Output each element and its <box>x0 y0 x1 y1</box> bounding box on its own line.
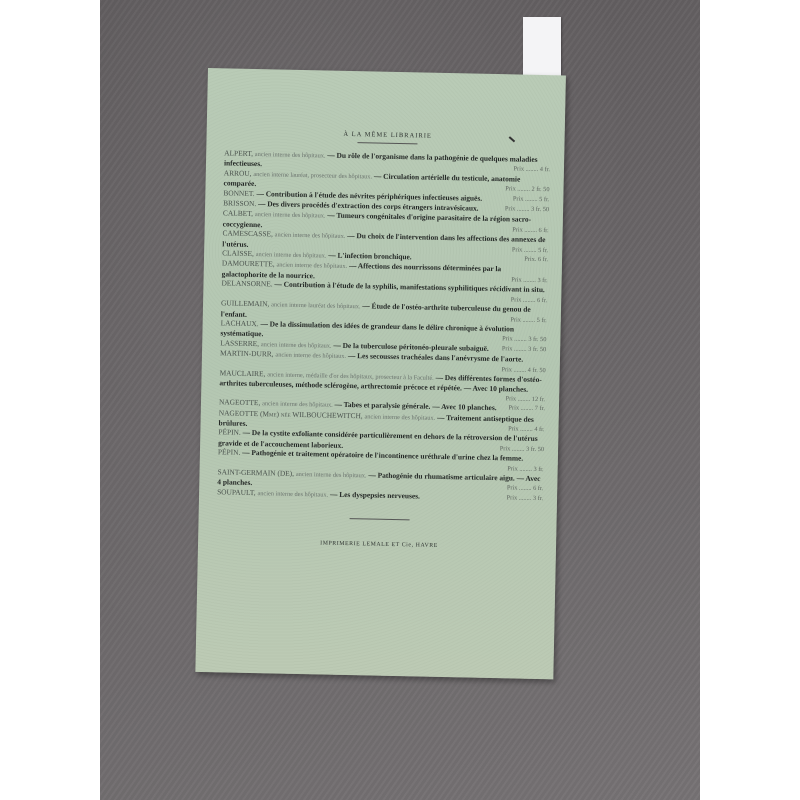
entry-author: BONNET. <box>223 188 254 198</box>
entry-author: PÉPIN. <box>218 428 241 437</box>
entry-author: LACHAUX. <box>221 318 259 328</box>
entry-author: DAMOURETTE, <box>222 259 275 269</box>
entry-author: GUILLEMAIN, <box>221 298 269 308</box>
entry-title: — Les dyspepsies nerveuses. <box>330 489 420 500</box>
footer-rule <box>350 518 410 520</box>
entry-price: Prix ........ 3 fr. <box>507 493 544 503</box>
entry-desc: ancien interne des hôpitaux. <box>256 251 327 259</box>
entry-price: Prix ........ 7 fr. <box>508 404 545 414</box>
entries-container: ALPERT, ancien interne des hôpitaux. — D… <box>217 148 550 504</box>
entry-author: CLAISSE, <box>222 248 254 258</box>
entry-desc: ancien interne des hôpitaux. <box>275 352 346 360</box>
entry-price: Prix. 6 fr. <box>524 255 548 265</box>
entry-author: ALPERT, <box>224 148 253 158</box>
entry-desc: ancien interne des hôpitaux. <box>257 490 328 498</box>
entry-author: MARTIN-DURR, <box>220 348 274 358</box>
entry-desc: ancien interne des hôpitaux. <box>296 471 367 479</box>
entry-desc: ancien interne lauréat, prosecteur des h… <box>253 171 372 180</box>
printer-imprint: IMPRIMERIE LEMALE ET Cie, HAVRE <box>216 538 542 551</box>
entry-title: — L'infection bronchique. <box>328 251 412 262</box>
entry-author: CAMESCASSE, <box>222 229 273 239</box>
entry-author: ARROU, <box>224 168 252 178</box>
entry-author: PÉPIN. <box>218 447 241 456</box>
entry-author: SAINT-GERMAIN (DE), <box>217 467 294 478</box>
catalog-header: À LA MÊME LIBRAIRIE <box>225 128 551 142</box>
entry-author: SOUPAULT, <box>217 487 256 497</box>
entry-author: NAGEOTTE, <box>219 397 260 407</box>
entry-desc: ancien interne des hôpitaux. <box>255 211 326 219</box>
entry-desc: ancien interne des hôpitaux. <box>261 341 332 349</box>
entry-desc: ancien interne lauréat des hôpitaux. <box>271 301 360 310</box>
catalog-list: À LA MÊME LIBRAIRIE ALPERT, ancien inter… <box>216 128 551 551</box>
entry-price: Prix ........ 5 fr. <box>512 245 549 255</box>
entry-price: Prix ........ 3 fr. 50 <box>502 344 546 354</box>
entry-price: Prix ........ 2 fr. 50 <box>505 184 549 194</box>
entry-price: Prix ........ 5 fr. <box>510 315 547 325</box>
entry-desc: ancien interne des hôpitaux. <box>275 232 346 240</box>
booklet-back-cover: À LA MÊME LIBRAIRIE ALPERT, ancien inter… <box>195 68 566 679</box>
header-rule <box>357 142 417 144</box>
entry-price: Prix ........ 5 fr. <box>513 194 550 204</box>
entry-author: BRISSON. <box>223 198 256 208</box>
entry-author: DELANSORNE. <box>221 279 272 289</box>
entry-desc: ancien interne des hôpitaux. <box>262 400 333 408</box>
entry-author: MAUCLAIRE, <box>220 368 266 378</box>
entry-desc: ancien interne des hôpitaux. <box>255 151 326 159</box>
entry-price: Prix ........ 3 fr. 50 <box>505 204 549 214</box>
entry-desc: ancien interne des hôpitaux. <box>276 262 347 270</box>
entry-author: LASSERRE, <box>220 338 259 348</box>
entry-desc: ancien interne des hôpitaux. <box>364 413 435 421</box>
entry-author: CALBET, <box>223 209 253 219</box>
